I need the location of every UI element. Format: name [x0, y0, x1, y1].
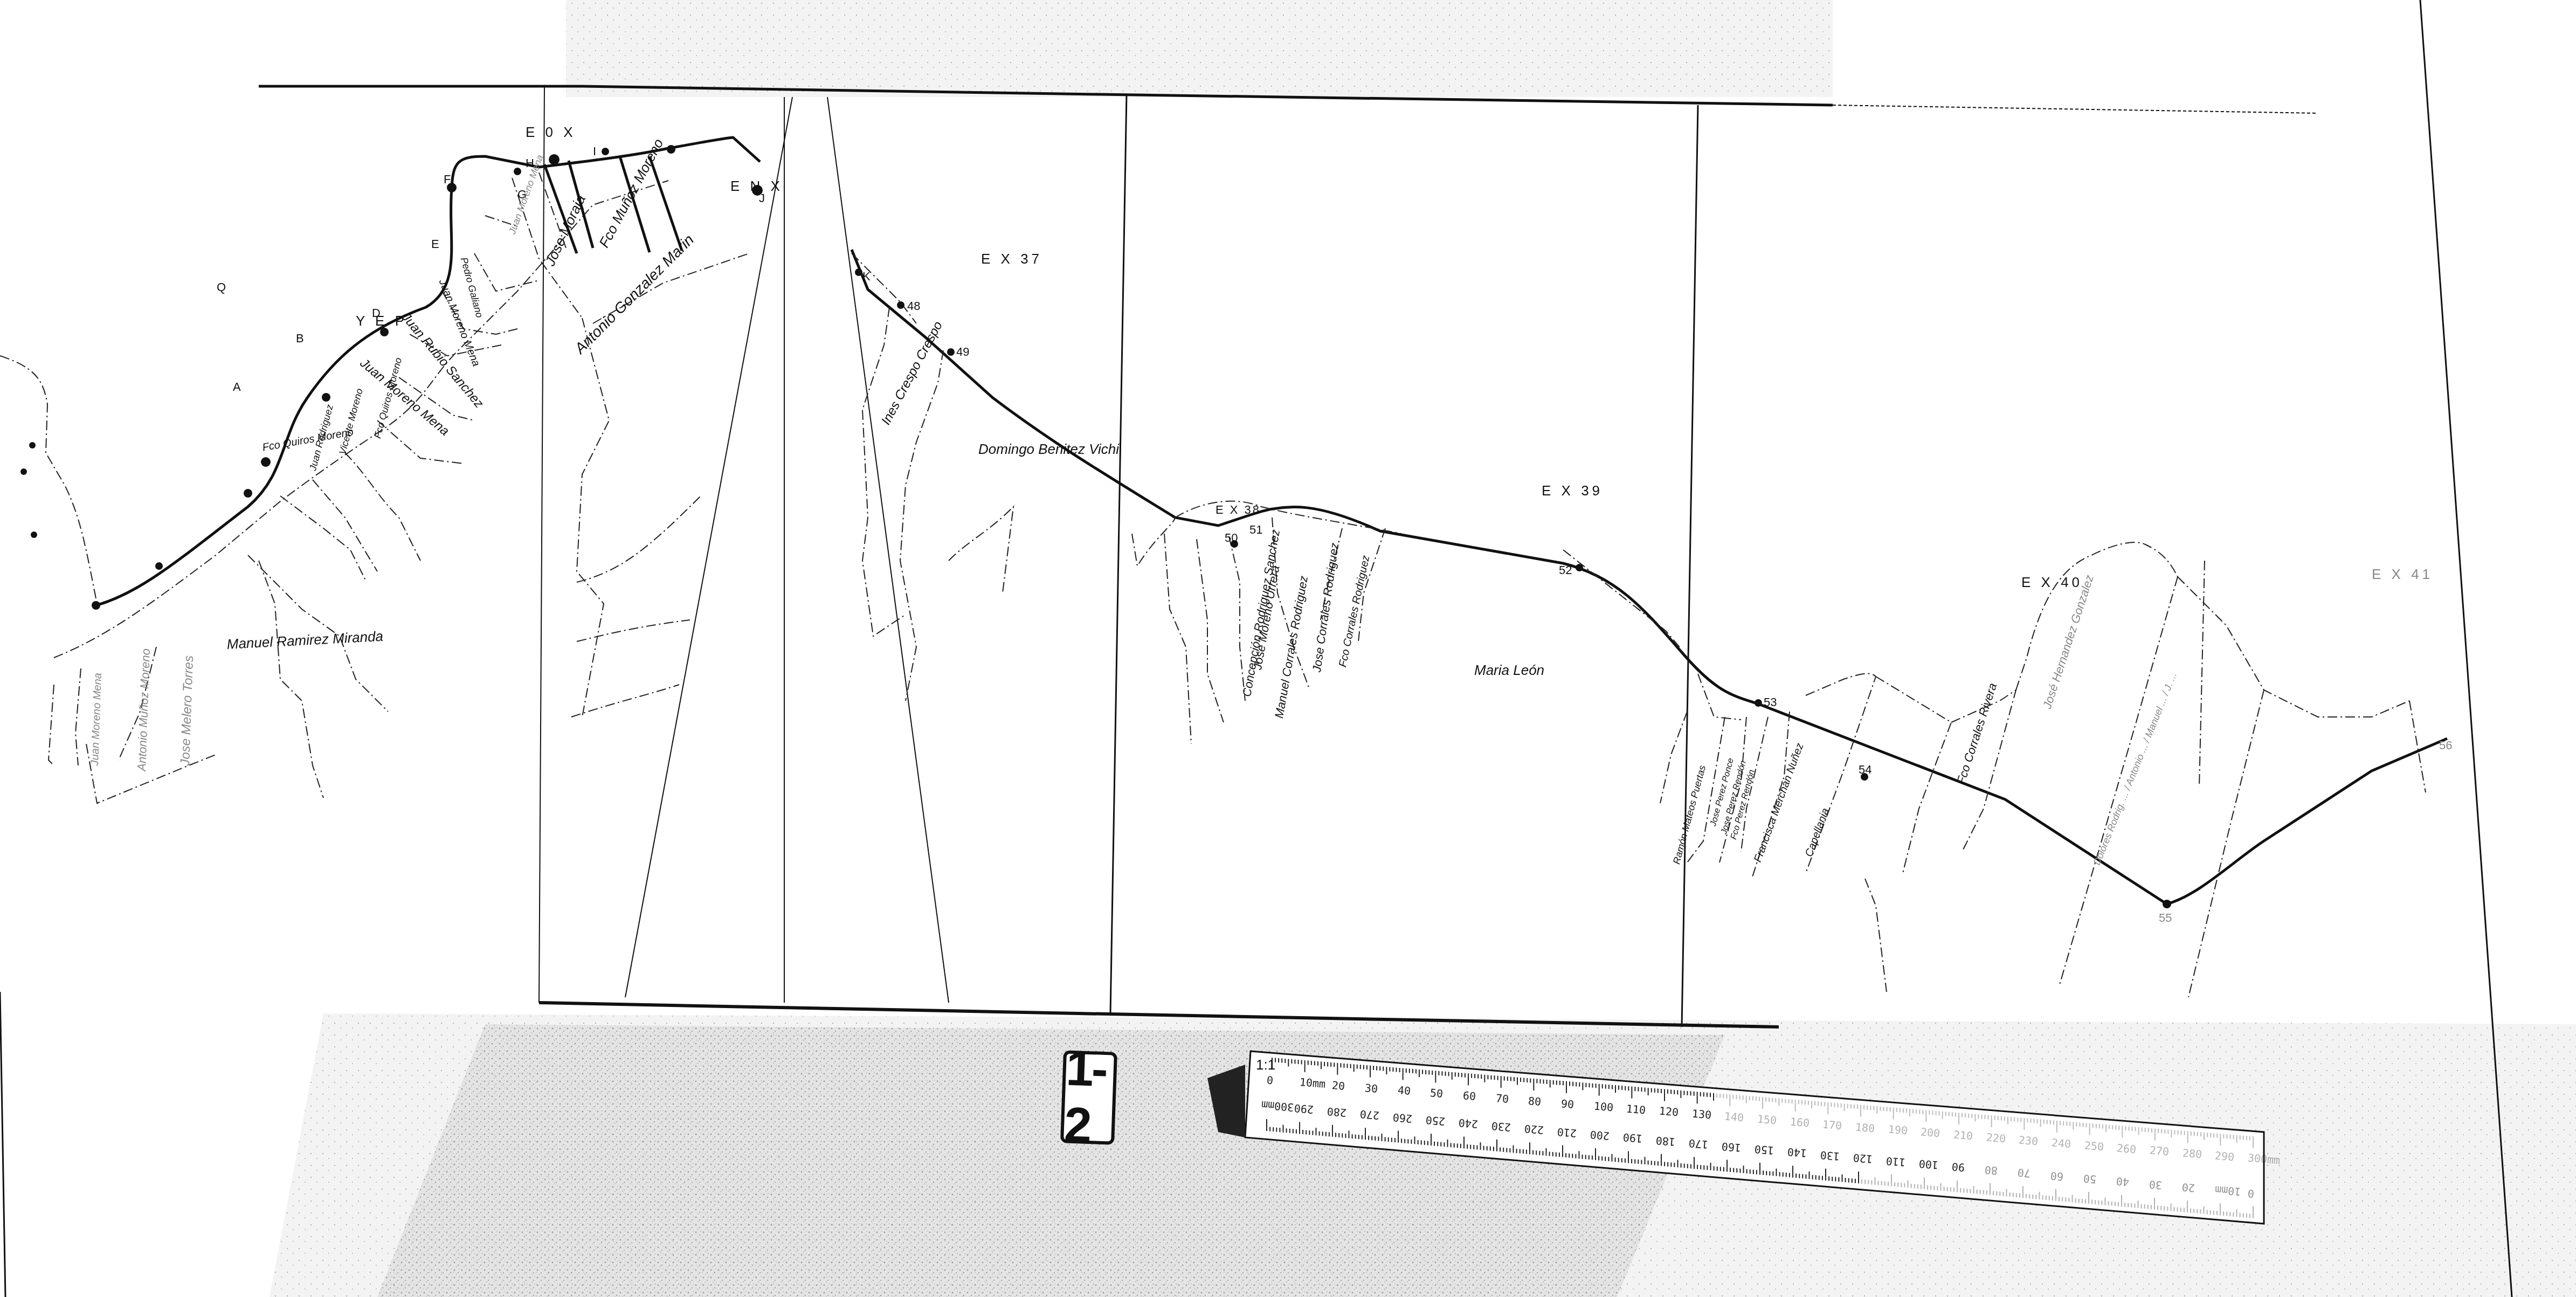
- parcel-label: Maria León: [1474, 662, 1544, 679]
- zone-label: E 0 X: [526, 124, 576, 141]
- point-label: 49: [956, 345, 969, 359]
- ruler-tick-label: 250: [2084, 1139, 2104, 1153]
- point-label: 52: [1559, 563, 1572, 577]
- ruler-tick-label: 90: [1560, 1097, 1574, 1111]
- ruler-tick-label: 70: [2017, 1166, 2031, 1180]
- ruler-tick-label: 150: [1757, 1113, 1777, 1127]
- ruler-tick-label: 180: [1855, 1120, 1875, 1135]
- zone-label: E X 38: [1216, 503, 1261, 517]
- point-label: 53: [1764, 695, 1777, 709]
- ruler-tick-label: 160: [1790, 1115, 1810, 1129]
- ruler-tick-label: 40: [1397, 1084, 1411, 1098]
- ruler-tick-label: 30: [1364, 1081, 1378, 1095]
- zone-label: E N X: [730, 178, 783, 195]
- ruler-tick-label: 220: [1986, 1131, 2006, 1146]
- point-label: Q: [217, 280, 226, 294]
- ruler-tick-label: 280: [2182, 1147, 2202, 1161]
- ruler-tick-label: 170: [1822, 1117, 1842, 1132]
- ruler-tick-label: 110: [1626, 1102, 1646, 1116]
- ruler-tick-label: 300mm: [2247, 1151, 2281, 1167]
- ruler-tick-label: 40: [2116, 1175, 2130, 1189]
- ruler-tick-label: 0: [2247, 1187, 2255, 1201]
- ruler-tick-label: 190: [1888, 1123, 1908, 1137]
- ruler-tick-label: 10mm: [2214, 1183, 2241, 1198]
- ruler-tick-label: 290: [1294, 1102, 1314, 1116]
- ruler-tick-label: 120: [1659, 1105, 1679, 1119]
- ruler-tick-label: 30: [2149, 1178, 2163, 1192]
- point-label: F: [444, 173, 451, 187]
- ruler-scale-label: 1:1: [1256, 1057, 1275, 1073]
- ruler-tick-label: 90: [1951, 1160, 1965, 1174]
- ruler-tick-label: 70: [1495, 1092, 1509, 1106]
- ruler-tick-label: 220: [1524, 1122, 1544, 1137]
- ruler-tick-label: 250: [1425, 1114, 1446, 1128]
- ruler-tick-label: 150: [1754, 1143, 1774, 1157]
- ruler-tick-label: 270: [2149, 1144, 2170, 1158]
- road-centerline: [96, 137, 2447, 904]
- ruler-tick-label: 100: [1918, 1157, 1939, 1172]
- ruler-tick-label: 180: [1655, 1134, 1676, 1148]
- point-label: I: [593, 144, 596, 158]
- ruler-tick-label: 60: [2050, 1169, 2064, 1183]
- ruler-tick-label: 130: [1820, 1148, 1840, 1163]
- point-label: A: [233, 380, 241, 394]
- point-label: 55: [2159, 911, 2172, 925]
- ruler-tick-label: 50: [2083, 1172, 2097, 1186]
- ruler-tick-label: 10mm: [1299, 1075, 1326, 1091]
- ruler-tick-label: 170: [1688, 1137, 1709, 1151]
- ruler-tick-label: 300mm: [1261, 1099, 1294, 1114]
- ruler-tick-label: 190: [1622, 1131, 1643, 1146]
- ruler-tick-label: 130: [1691, 1107, 1712, 1122]
- point-label: 51: [1249, 523, 1262, 537]
- ruler-tick-label: 60: [1462, 1089, 1476, 1103]
- zone-label: E X 37: [981, 251, 1042, 267]
- ruler-tick-label: 230: [1491, 1119, 1511, 1134]
- ruler-tick-label: 210: [1953, 1128, 1973, 1143]
- point-label: 56: [2439, 739, 2452, 753]
- ruler-tick-label: 240: [2051, 1136, 2071, 1150]
- ruler-tick-label: 20: [2181, 1181, 2195, 1195]
- sheet-number-tag: 1-2: [1060, 1050, 1117, 1144]
- point-label: K: [862, 270, 871, 284]
- ruler-tick-label: 270: [1359, 1108, 1380, 1122]
- ruler-tick-label: 80: [1984, 1163, 1998, 1177]
- point-label: E: [431, 237, 439, 251]
- point-label: 50: [1225, 531, 1238, 545]
- ruler-tick-label: 110: [1886, 1154, 1906, 1169]
- ruler-tick-label: 240: [1458, 1116, 1479, 1131]
- ruler-tick-label: 230: [2018, 1134, 2039, 1148]
- zone-label: E X 41: [2372, 566, 2433, 583]
- point-label: J: [759, 191, 765, 205]
- parcel-label: Domingo Benitez Vichi: [978, 441, 1119, 458]
- parcel-boundaries-east: [852, 253, 2426, 997]
- point-label: 48: [907, 299, 920, 313]
- zone-label: E X 39: [1542, 482, 1603, 499]
- point-label: D: [372, 306, 381, 320]
- ruler-tick-label: 100: [1593, 1099, 1614, 1114]
- point-label: B: [296, 332, 304, 346]
- ruler-tick-label: 260: [2116, 1141, 2137, 1156]
- survey-point-markers: [20, 145, 2171, 908]
- ruler-tick-label: 120: [1853, 1151, 1873, 1166]
- ruler-tick-label: 200: [1920, 1126, 1940, 1140]
- ruler-tick-label: 260: [1392, 1110, 1413, 1125]
- parcel-boundaries: [0, 173, 749, 803]
- ruler-tick-label: 140: [1724, 1110, 1744, 1124]
- ruler-tick-label: 0: [1266, 1074, 1274, 1087]
- ruler-tick-label: 50: [1429, 1086, 1444, 1100]
- corridor: [625, 97, 949, 1003]
- ruler-tick-label: 280: [1327, 1105, 1347, 1119]
- ruler-tick-label: 80: [1528, 1094, 1542, 1108]
- ruler-tick-label: 290: [2214, 1149, 2235, 1164]
- ruler-tick-label: 210: [1557, 1125, 1577, 1140]
- ruler-tick-label: 200: [1590, 1128, 1610, 1143]
- ruler-tick-label: 20: [1331, 1079, 1345, 1093]
- ruler-tick-label: 160: [1721, 1140, 1742, 1154]
- point-label: 54: [1859, 763, 1871, 777]
- ruler-tick-label: 140: [1787, 1146, 1807, 1160]
- zone-label: E X 40: [2021, 574, 2083, 591]
